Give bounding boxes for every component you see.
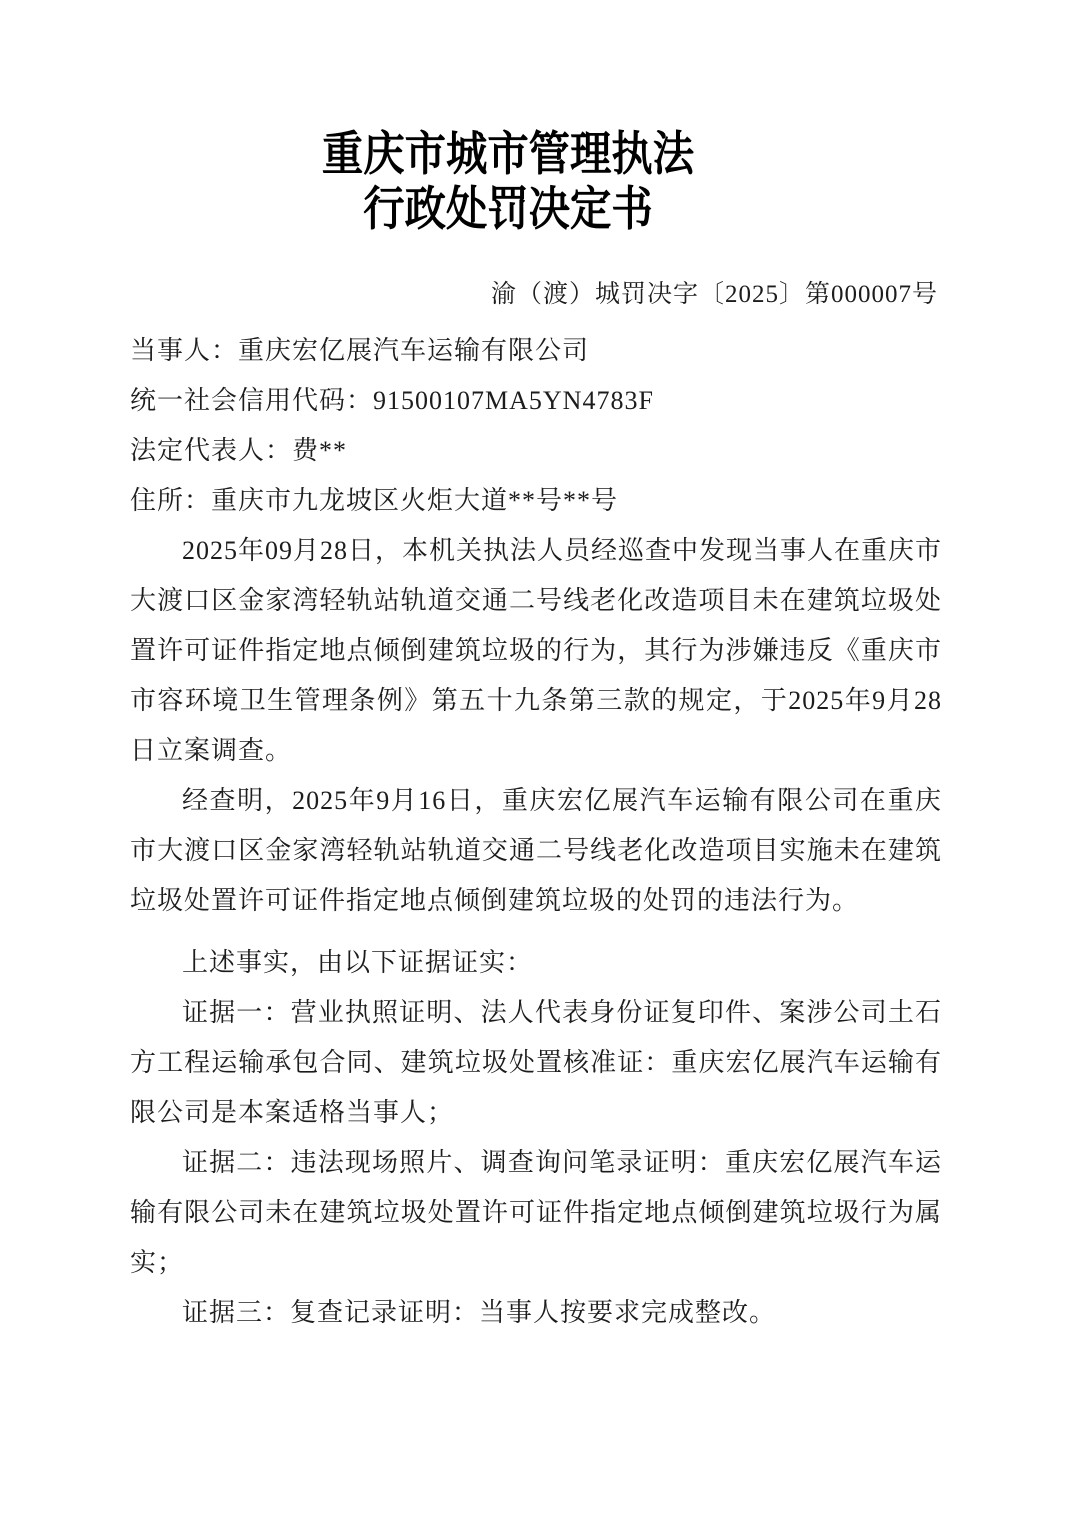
document-title-line2: 行政处罚决定书 (61, 181, 955, 236)
body-paragraph-evidence-2: 证据二：违法现场照片、调查询问笔录证明：重庆宏亿展汽车运输有限公司未在建筑垃圾处… (130, 1138, 942, 1288)
body-paragraph-evidence-1: 证据一：营业执照证明、法人代表身份证复印件、案涉公司土石方工程运输承包合同、建筑… (130, 988, 942, 1138)
document-body: 当事人：重庆宏亿展汽车运输有限公司 统一社会信用代码：91500107MA5YN… (130, 326, 942, 1338)
document-number: 渝（渡）城罚决字〔2025〕第000007号 (0, 275, 1074, 315)
document-title: 重庆市城市管理执法 行政处罚决定书 (61, 126, 955, 236)
body-paragraph-evidence-intro: 上述事实，由以下证据证实： (130, 938, 942, 988)
address-line: 住所：重庆市九龙坡区火炬大道**号**号 (130, 476, 942, 526)
body-paragraph-evidence-3: 证据三：复查记录证明：当事人按要求完成整改。 (130, 1288, 942, 1338)
body-paragraph-findings: 经查明，2025年9月16日，重庆宏亿展汽车运输有限公司在重庆市大渡口区金家湾轻… (130, 776, 942, 926)
legal-representative-line: 法定代表人：费** (130, 426, 942, 476)
document-title-line1: 重庆市城市管理执法 (61, 126, 955, 181)
body-paragraph-investigation: 2025年09月28日，本机关执法人员经巡查中发现当事人在重庆市大渡口区金家湾轻… (130, 526, 942, 776)
credit-code-line: 统一社会信用代码：91500107MA5YN4783F (130, 376, 942, 426)
penalty-decision-document: 重庆市城市管理执法 行政处罚决定书 渝（渡）城罚决字〔2025〕第000007号… (0, 0, 1074, 1520)
party-line: 当事人：重庆宏亿展汽车运输有限公司 (130, 326, 942, 376)
